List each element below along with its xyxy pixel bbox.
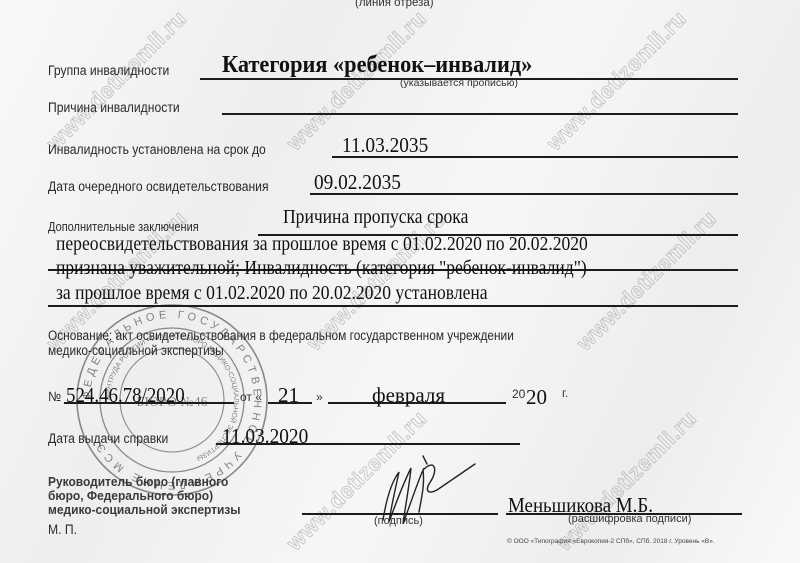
next-examination-label: Дата очередного освидетельствования [48, 179, 269, 194]
disability-group-hint: (указывается прописью) [400, 77, 518, 89]
issue-date-label: Дата выдачи справки [48, 431, 168, 446]
watermark: www.detizemli.ru [542, 5, 693, 156]
watermark: www.detizemli.ru [572, 205, 723, 356]
watermark: www.detizemli.ru [552, 405, 703, 556]
watermark: www.detizemli.ru [42, 5, 193, 156]
signatory-title-line-1: Руководитель бюро (главного [48, 475, 241, 489]
basis-line-2: медико-социальной экспертизы [48, 343, 224, 358]
disability-term-value[interactable]: 11.03.2035 [342, 133, 428, 158]
disability-reason-label: Причина инвалидности [48, 100, 180, 115]
issue-date-value[interactable]: 11.03.2020 [222, 424, 308, 449]
signature-hint: (подпись) [374, 515, 423, 527]
cut-line-label: (линия отреза) [355, 0, 434, 9]
additional-conclusions-label: Дополнительные заключения [48, 220, 199, 234]
additional-conclusions-text-1[interactable]: Причина пропуска срока [283, 207, 468, 229]
act-day-value[interactable]: 21 [278, 383, 299, 408]
act-number-value[interactable]: 524.46.78/2020 [66, 383, 185, 408]
disability-term-label: Инвалидность установлена на срок до [48, 142, 266, 157]
disability-group-value[interactable]: Категория «ребенок–инвалид» [222, 52, 532, 79]
disability-group-label: Группа инвалидности [48, 63, 169, 78]
additional-conclusions-text-3[interactable]: признана уважительной; Инвалидность (кат… [56, 258, 587, 280]
name-hint: (расшифровка подписи) [568, 513, 691, 525]
act-number-prefix: № [48, 389, 61, 404]
signatory-title-line-2: бюро, Федерального бюро) [48, 489, 241, 503]
signatory-title: Руководитель бюро (главного бюро, Федера… [48, 475, 257, 517]
act-year-suffix: г. [562, 386, 568, 400]
next-examination-value[interactable]: 09.02.2035 [314, 170, 401, 195]
additional-conclusions-text-4[interactable]: за прошлое время с 01.02.2020 по 20.02.2… [56, 283, 488, 305]
printer-footer: © ООО «Типография «Еврокопия-2 СПб», СПб… [507, 538, 715, 545]
additional-conclusions-line-3 [48, 305, 738, 307]
act-from-label: от « [240, 390, 262, 404]
act-year-value[interactable]: 20 [526, 385, 547, 410]
act-year-prefix: 20 [512, 387, 525, 401]
act-month-value[interactable]: февраля [372, 383, 445, 408]
signatory-title-line-3: медико-социальной экспертизы [48, 503, 241, 517]
basis-line-1: Основание: акт освидетельствования в фед… [48, 328, 514, 343]
seal-place-label: М. П. [48, 522, 77, 537]
act-day-close: » [316, 390, 323, 404]
disability-reason-line [222, 113, 738, 115]
additional-conclusions-text-2[interactable]: переосвидетельствования за прошлое время… [56, 234, 588, 256]
